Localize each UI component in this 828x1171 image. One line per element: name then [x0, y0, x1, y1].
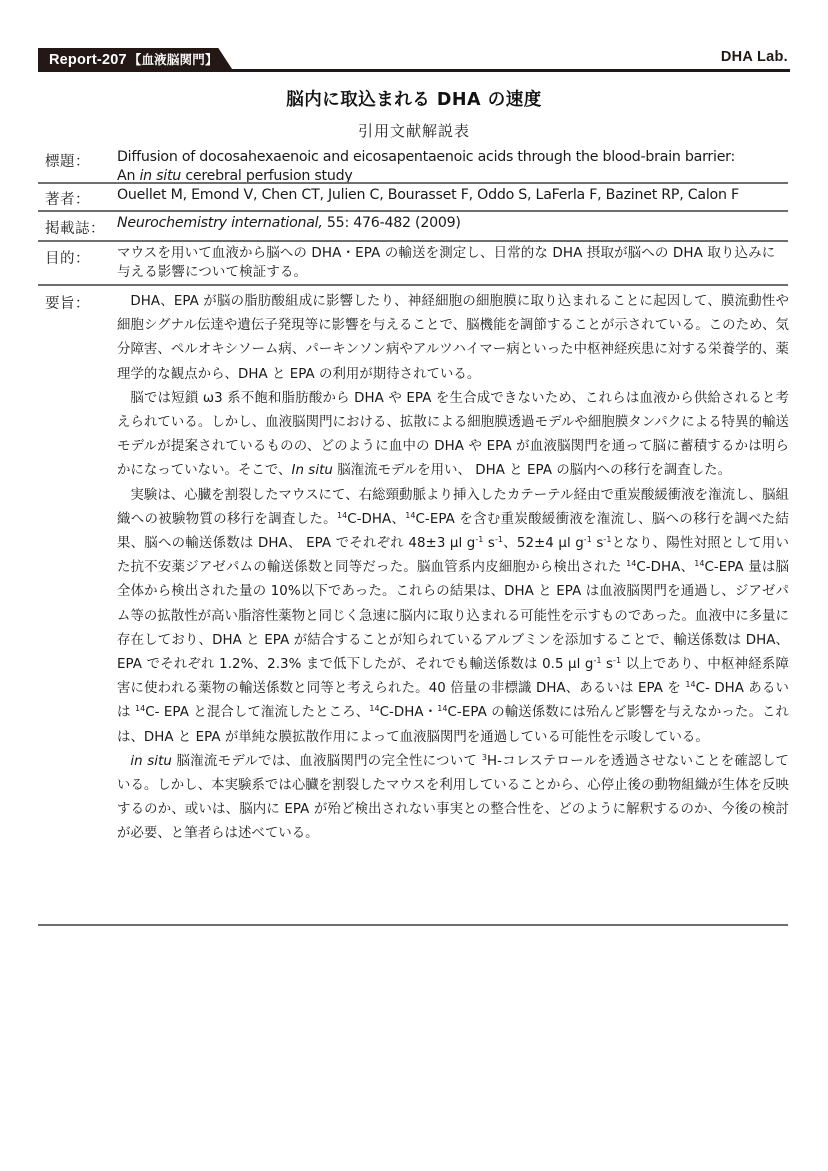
purpose: マウスを用いて血液から脳への DHA・EPA の輸送を測定し、日常的な DHA … — [117, 244, 787, 282]
journal-label: 掲載誌： — [45, 217, 105, 238]
lab-name: DHA Lab. — [721, 47, 788, 67]
journal-name: Neurochemistry international, — [117, 215, 323, 231]
report-id: Report-207 — [49, 52, 127, 68]
text: C-DHA、 — [347, 512, 405, 527]
page-subtitle: 引用文献解説表 — [0, 120, 828, 141]
divider — [38, 210, 788, 212]
summary-body: DHA、EPA が脳の脂肪酸組成に影響したり、神経細胞の細胞膜に取り込まれること… — [117, 290, 789, 847]
isotope-superscript: 14 — [405, 511, 415, 520]
divider — [38, 284, 788, 286]
exponent: -1 — [584, 535, 592, 544]
italic-term: In situ — [291, 463, 332, 478]
isotope-superscript: 14 — [694, 559, 704, 568]
journal-citation: 55: 476-482 (2009) — [323, 215, 461, 231]
paper-title: Diffusion of docosahexaenoic and eicosap… — [117, 148, 787, 185]
journal: Neurochemistry international, 55: 476-48… — [117, 214, 787, 233]
title-label: 標題： — [45, 150, 90, 171]
isotope-superscript: 14 — [626, 559, 636, 568]
report-category: 【血液脳関門】 — [129, 53, 218, 67]
report-tag: Report-207【血液脳関門】 — [38, 48, 234, 72]
isotope-superscript: 14 — [369, 704, 379, 713]
text: C- EPA と混合して潅流したところ、 — [145, 705, 369, 720]
summary-paragraph-1: DHA、EPA が脳の脂肪酸組成に影響したり、神経細胞の細胞膜に取り込まれること… — [117, 290, 789, 387]
text: C-EPA 量は脳全体から検出された量の 10%以下であった。これらの結果は、D… — [117, 560, 789, 672]
text: 脳潅流モデルを用い、 DHA と EPA の脳内への移行を調査した。 — [333, 463, 731, 478]
purpose-label: 目的： — [45, 247, 90, 268]
page-header: Report-207【血液脳関門】 DHA Lab. — [38, 47, 790, 72]
exponent: -1 — [495, 535, 503, 544]
divider — [38, 182, 788, 184]
text: C-DHA、 — [636, 560, 694, 575]
text: 、52±4 μl g — [503, 536, 584, 551]
paper-title-line1: Diffusion of docosahexaenoic and eicosap… — [117, 148, 787, 167]
summary-label: 要旨： — [45, 292, 90, 313]
isotope-superscript: 14 — [135, 704, 145, 713]
summary-paragraph-2: 脳では短鎖 ω3 系不飽和脂肪酸から DHA や EPA を生合成できないため、… — [117, 387, 789, 484]
isotope-superscript: 14 — [337, 511, 347, 520]
summary-paragraph-4: in situ 脳潅流モデルでは、血液脳関門の完全性について 3H-コレステロー… — [117, 750, 789, 847]
text: C-DHA・ — [380, 705, 438, 720]
italic-term: in situ — [130, 754, 172, 769]
text: s — [602, 657, 614, 672]
divider — [38, 924, 788, 926]
exponent: -1 — [603, 535, 611, 544]
text: s — [483, 536, 495, 551]
summary-paragraph-3: 実験は、心臓を割裂したマウスにて、右総頸動脈より挿入したカテーテル経由で重炭酸緩… — [117, 484, 789, 750]
divider — [38, 240, 788, 242]
page-title: 脳内に取込まれる DHA の速度 — [0, 86, 828, 111]
exponent: -1 — [613, 656, 621, 665]
authors-label: 著者： — [45, 188, 90, 209]
exponent: -1 — [593, 656, 601, 665]
text: s — [592, 536, 604, 551]
text: 脳潅流モデルでは、血液脳関門の完全性について — [172, 754, 482, 769]
isotope-superscript: 14 — [685, 680, 695, 689]
authors: Ouellet M, Emond V, Chen CT, Julien C, B… — [117, 186, 787, 205]
isotope-superscript: 14 — [437, 704, 447, 713]
